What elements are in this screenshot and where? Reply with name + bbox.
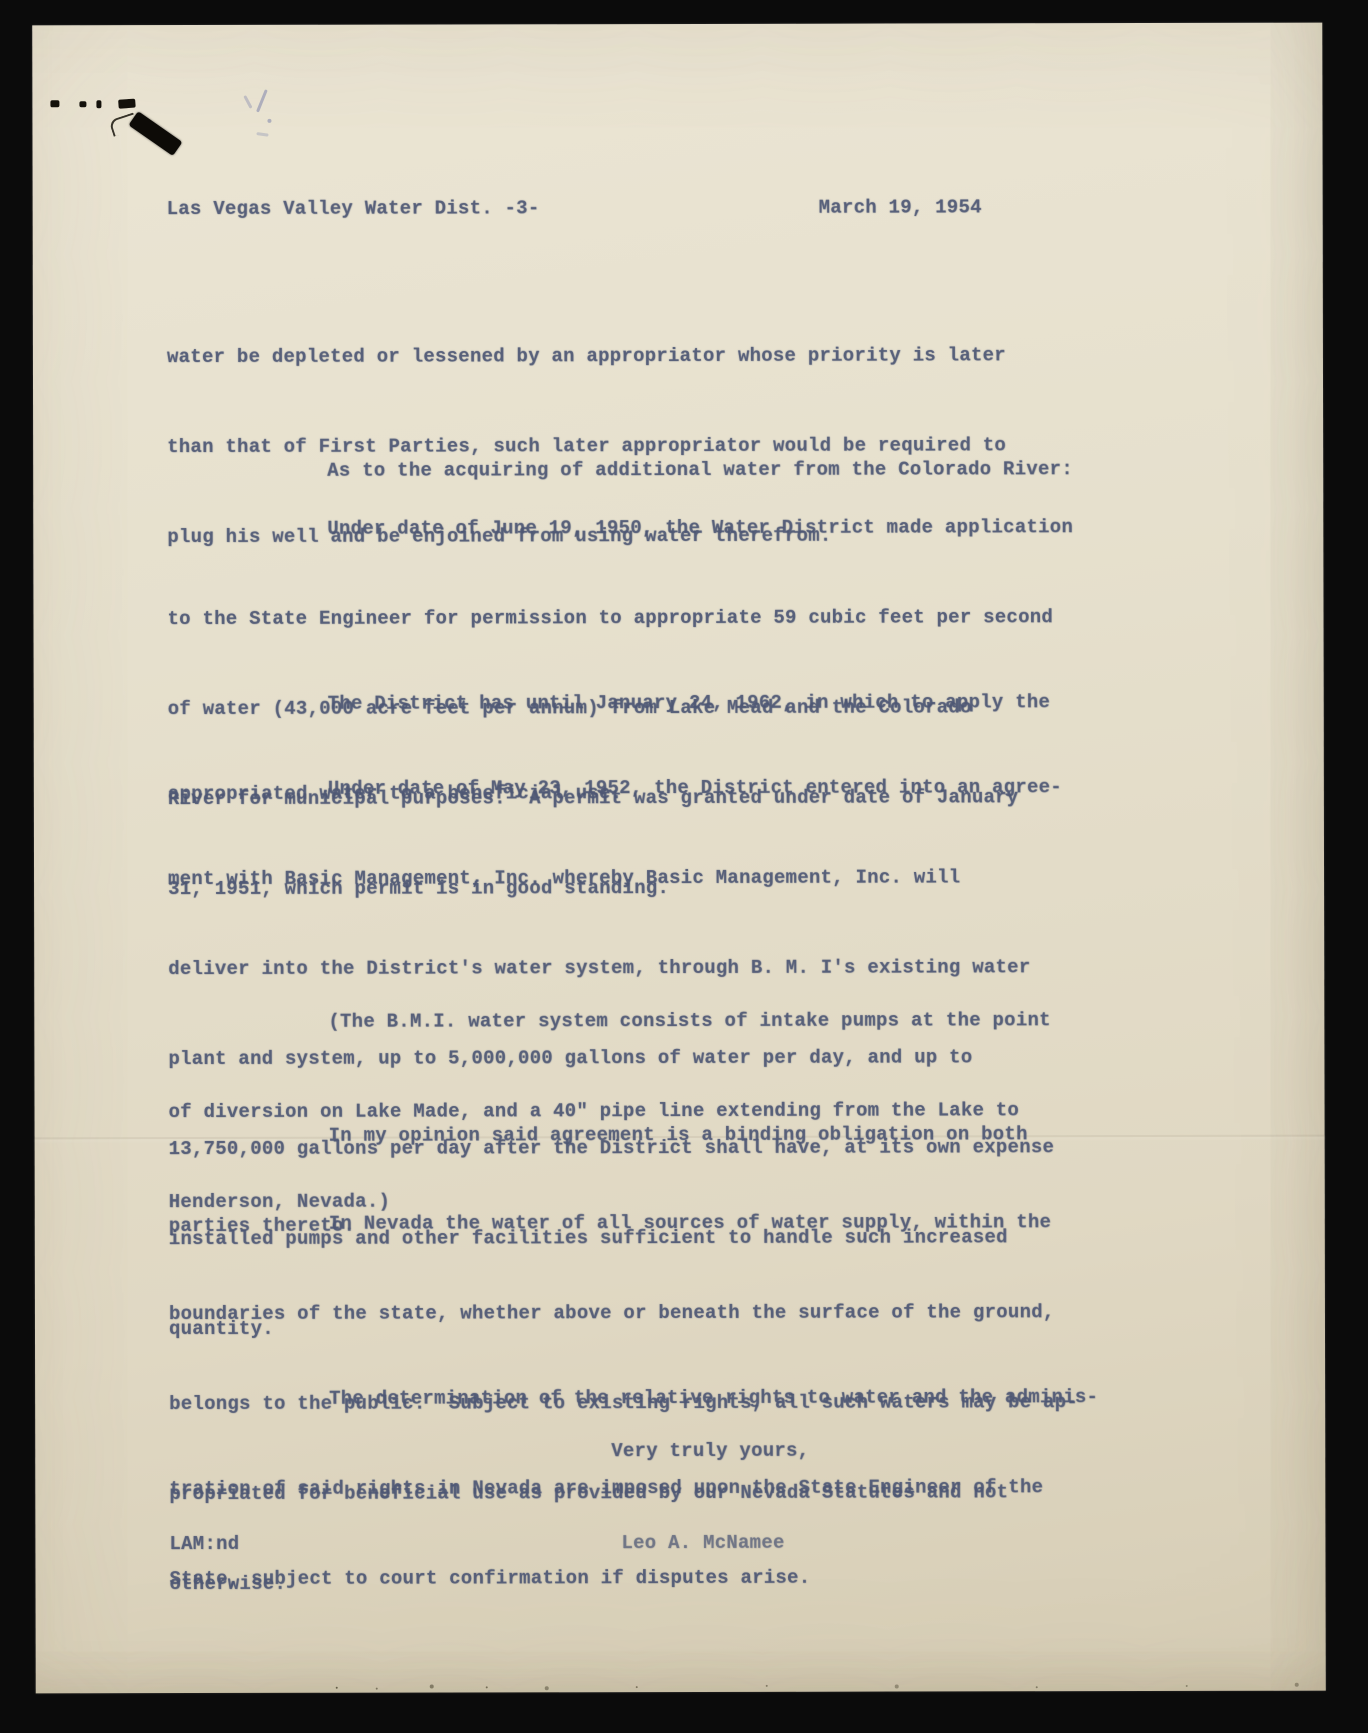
letter-line: Under date of May 23, 1952, the District… [328, 772, 1062, 804]
header-date: March 19, 1954 [819, 192, 982, 222]
letter-line: water be depleted or lessened by an appr… [167, 340, 1006, 372]
letter-line: ment with Basic Management, Inc. whereby… [168, 862, 1062, 894]
paragraph: The determination of the relative rights… [169, 1322, 1099, 1654]
letter-line: The determination of the relative rights… [329, 1382, 1098, 1414]
photo-backdrop: Las Vegas Valley Water Dist. -3- March 1… [0, 0, 1368, 1733]
letter-line: tration of said rights in Nevada are imp… [169, 1472, 1098, 1504]
letter-line: Under date of June 19, 1950, the Water D… [327, 512, 1073, 544]
letter-line: (The B.M.I. water system consists of int… [328, 1005, 1050, 1037]
signature-initials: LAM:nd [169, 1529, 239, 1559]
letter-body: Las Vegas Valley Water Dist. -3- March 1… [32, 23, 1325, 1694]
closing-line: Very truly yours, [611, 1436, 809, 1466]
letter-line: In Nevada the water of all sources of wa… [329, 1207, 1078, 1239]
header-doc-title: Las Vegas Valley Water Dist. -3- [167, 193, 540, 224]
signature-name: Leo A. McNamee [621, 1528, 784, 1558]
letter-line: In my opinion said agreement is a bindin… [329, 1119, 1028, 1150]
letter-line: State, subject to court confirmation if … [169, 1562, 1098, 1594]
letter-paper: Las Vegas Valley Water Dist. -3- March 1… [32, 23, 1325, 1694]
